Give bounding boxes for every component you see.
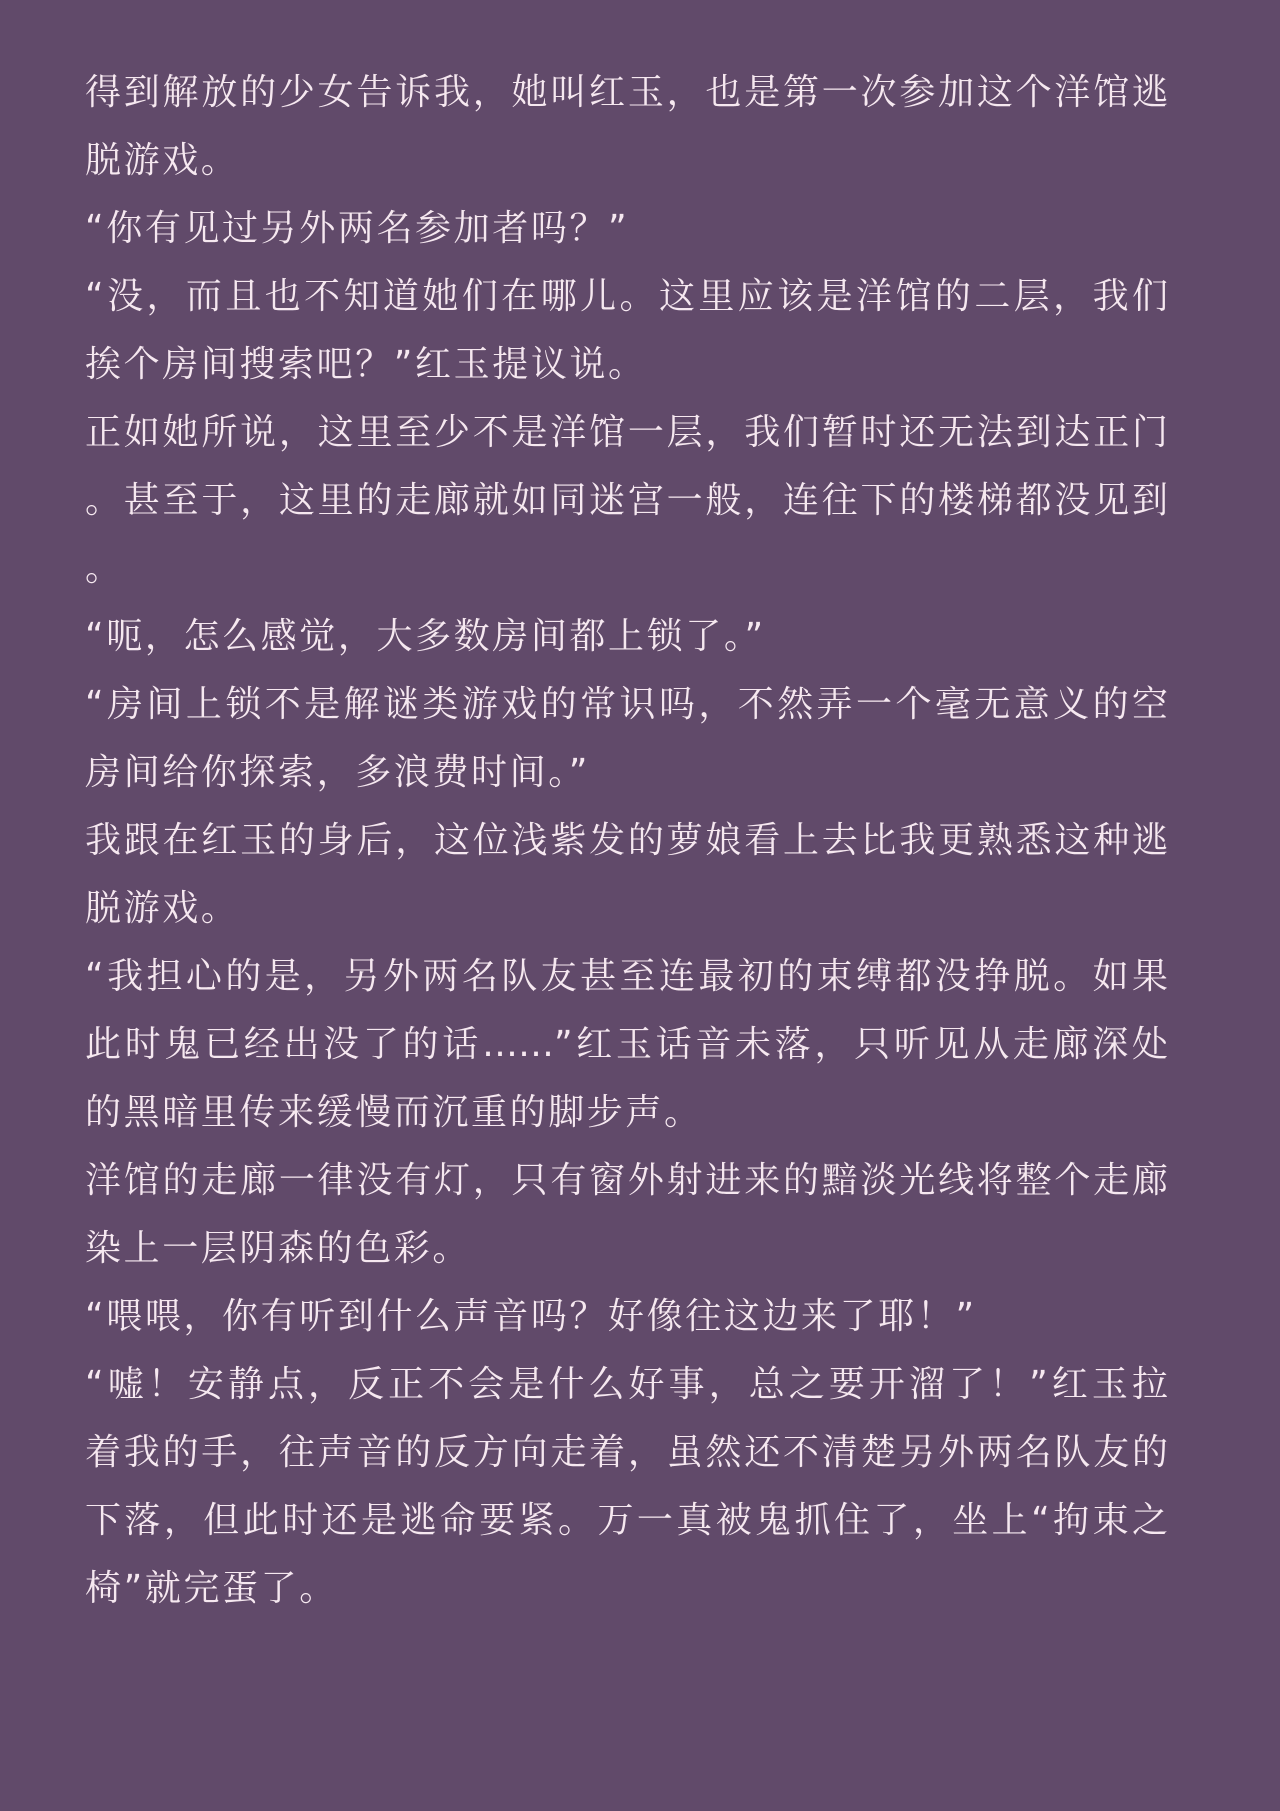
text-line: 。甚至于，这里的走廊就如同迷宫一般，连往下的楼梯都没见到 xyxy=(85,474,1168,542)
text-line: 正如她所说，这里至少不是洋馆一层，我们暂时还无法到达正门 xyxy=(85,406,1168,474)
paragraph: “你有见过另外两名参加者吗？” xyxy=(85,202,1168,270)
text-line: “没，而且也不知道她们在哪儿。这里应该是洋馆的二层，我们 xyxy=(85,270,1168,338)
paragraph: “嘘！安静点，反正不会是什么好事，总之要开溜了！”红玉拉 着我的手，往声音的反方… xyxy=(85,1358,1168,1630)
text-line: “你有见过另外两名参加者吗？” xyxy=(85,202,1168,270)
text-line: “呃，怎么感觉，大多数房间都上锁了。” xyxy=(85,610,1168,678)
paragraph: “没，而且也不知道她们在哪儿。这里应该是洋馆的二层，我们 挨个房间搜索吧？”红玉… xyxy=(85,270,1168,406)
text-line: 我跟在红玉的身后，这位浅紫发的萝娘看上去比我更熟悉这种逃 xyxy=(85,814,1168,882)
text-line: 染上一层阴森的色彩。 xyxy=(85,1222,1168,1290)
text-line: 。 xyxy=(85,542,1168,610)
text-line: 挨个房间搜索吧？”红玉提议说。 xyxy=(85,338,1168,406)
text-line: 洋馆的走廊一律没有灯，只有窗外射进来的黯淡光线将整个走廊 xyxy=(85,1154,1168,1222)
paragraph: “呃，怎么感觉，大多数房间都上锁了。” xyxy=(85,610,1168,678)
text-line: “喂喂，你有听到什么声音吗？好像往这边来了耶！” xyxy=(85,1290,1168,1358)
paragraph: 洋馆的走廊一律没有灯，只有窗外射进来的黯淡光线将整个走廊 染上一层阴森的色彩。 xyxy=(85,1154,1168,1290)
text-line: 此时鬼已经出没了的话……”红玉话音未落，只听见从走廊深处 xyxy=(85,1018,1168,1086)
paragraph: “我担心的是，另外两名队友甚至连最初的束缚都没挣脱。如果 此时鬼已经出没了的话…… xyxy=(85,950,1168,1154)
text-line: “嘘！安静点，反正不会是什么好事，总之要开溜了！”红玉拉 xyxy=(85,1358,1168,1426)
paragraph: 我跟在红玉的身后，这位浅紫发的萝娘看上去比我更熟悉这种逃 脱游戏。 xyxy=(85,814,1168,950)
text-line: 椅”就完蛋了。 xyxy=(85,1562,1168,1630)
text-line: “房间上锁不是解谜类游戏的常识吗，不然弄一个毫无意义的空 xyxy=(85,678,1168,746)
paragraph: 正如她所说，这里至少不是洋馆一层，我们暂时还无法到达正门 。甚至于，这里的走廊就… xyxy=(85,406,1168,610)
text-line: 脱游戏。 xyxy=(85,134,1168,202)
paragraph: 得到解放的少女告诉我，她叫红玉，也是第一次参加这个洋馆逃 脱游戏。 xyxy=(85,66,1168,202)
story-page: 得到解放的少女告诉我，她叫红玉，也是第一次参加这个洋馆逃 脱游戏。 “你有见过另… xyxy=(85,66,1168,1630)
text-line: 着我的手，往声音的反方向走着，虽然还不清楚另外两名队友的 xyxy=(85,1426,1168,1494)
text-line: 下落，但此时还是逃命要紧。万一真被鬼抓住了，坐上“拘束之 xyxy=(85,1494,1168,1562)
text-line: 房间给你探索，多浪费时间。” xyxy=(85,746,1168,814)
text-line: 脱游戏。 xyxy=(85,882,1168,950)
paragraph: “房间上锁不是解谜类游戏的常识吗，不然弄一个毫无意义的空 房间给你探索，多浪费时… xyxy=(85,678,1168,814)
paragraph: “喂喂，你有听到什么声音吗？好像往这边来了耶！” xyxy=(85,1290,1168,1358)
text-line: “我担心的是，另外两名队友甚至连最初的束缚都没挣脱。如果 xyxy=(85,950,1168,1018)
text-line: 得到解放的少女告诉我，她叫红玉，也是第一次参加这个洋馆逃 xyxy=(85,66,1168,134)
text-line: 的黑暗里传来缓慢而沉重的脚步声。 xyxy=(85,1086,1168,1154)
